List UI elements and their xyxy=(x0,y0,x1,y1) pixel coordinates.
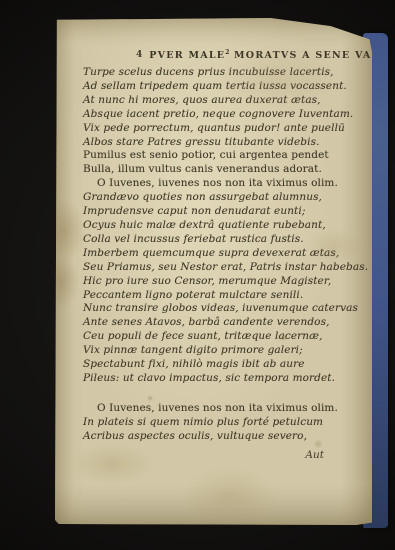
poem-line: Grandævo quoties non assurgebat alumnus, xyxy=(83,191,346,205)
poem-line: Ante senes Atavos, barbâ candente verend… xyxy=(83,316,346,330)
catchword: Aut xyxy=(83,449,346,461)
signature-mark: 4 xyxy=(136,50,142,60)
poem-line: Bulla, illum vultus canis venerandus ado… xyxy=(83,163,346,177)
page-title-sup: 2 xyxy=(225,49,229,56)
page-title-left: PVER MALE xyxy=(149,50,225,61)
poem-line: O Iuvenes, iuvenes nos non ita viximus o… xyxy=(83,177,346,191)
poem-line: Turpe scelus ducens prius incubuisse lac… xyxy=(83,66,346,80)
book-page: 4 PVER MALE2 MORATVS A SENE VAPVLANS. Tu… xyxy=(55,18,372,525)
poem-line: Spectabunt fixi, nihilò magis ibit ab au… xyxy=(83,358,346,372)
poem-line: Hic pro iure suo Censor, merumque Magist… xyxy=(83,275,346,289)
poem-line: O Iuvenes, iuvenes nos non ita viximus o… xyxy=(83,402,346,416)
poem-line: Colla vel incussus feriebat rustica fust… xyxy=(83,233,346,247)
poem-line: Imberbem quemcumque supra devexerat ætas… xyxy=(83,247,346,261)
poem-line: Ceu populi de fece suant, tritæque lacer… xyxy=(83,330,346,344)
poem-line: Albos stare Patres gressu titubante vide… xyxy=(83,136,346,150)
poem-line: In plateis si quem nimio plus forté petu… xyxy=(83,416,346,430)
poem-line: Vix pede porrectum, quantus pudor! ante … xyxy=(83,122,346,136)
page-title-right: MORATVS A SENE VAPVLANS. xyxy=(234,50,395,61)
poem-line: Acribus aspectes oculis, vultuque severo… xyxy=(83,430,346,444)
poem-line: Absque iacent pretio, neque cognovere Iu… xyxy=(83,108,346,122)
poem-line: Pumilus est senio potior, cui argentea p… xyxy=(83,149,346,163)
poem-line: Seu Priamus, seu Nestor erat, Patris ins… xyxy=(83,261,346,275)
poem-line: Nunc transire globos videas, iuvenumque … xyxy=(83,302,346,316)
poem-line: Vix pinnæ tangent digito primore galeri; xyxy=(83,344,346,358)
poem-line: Imprudensve caput non denudarat eunti; xyxy=(83,205,346,219)
page-title: PVER MALE2 MORATVS A SENE VAPVLANS. xyxy=(149,49,395,61)
poem-text: Turpe scelus ducens prius incubuisse lac… xyxy=(83,66,346,444)
page-header: 4 PVER MALE2 MORATVS A SENE VAPVLANS. xyxy=(83,49,346,63)
poem-line: Ad sellam tripedem quam tertia iussa voc… xyxy=(83,80,346,94)
poem-line: Ocyus huic malæ dextrâ quatiente rubeban… xyxy=(83,219,346,233)
poem-line: Pileus: ut clavo impactus, sic tempora m… xyxy=(83,372,346,386)
poem-line: Peccantem ligno poterat mulctare senili. xyxy=(83,289,346,303)
scan-background: 4 PVER MALE2 MORATVS A SENE VAPVLANS. Tu… xyxy=(0,0,395,550)
poem-line: At nunc hi mores, quos aurea duxerat æta… xyxy=(83,94,346,108)
